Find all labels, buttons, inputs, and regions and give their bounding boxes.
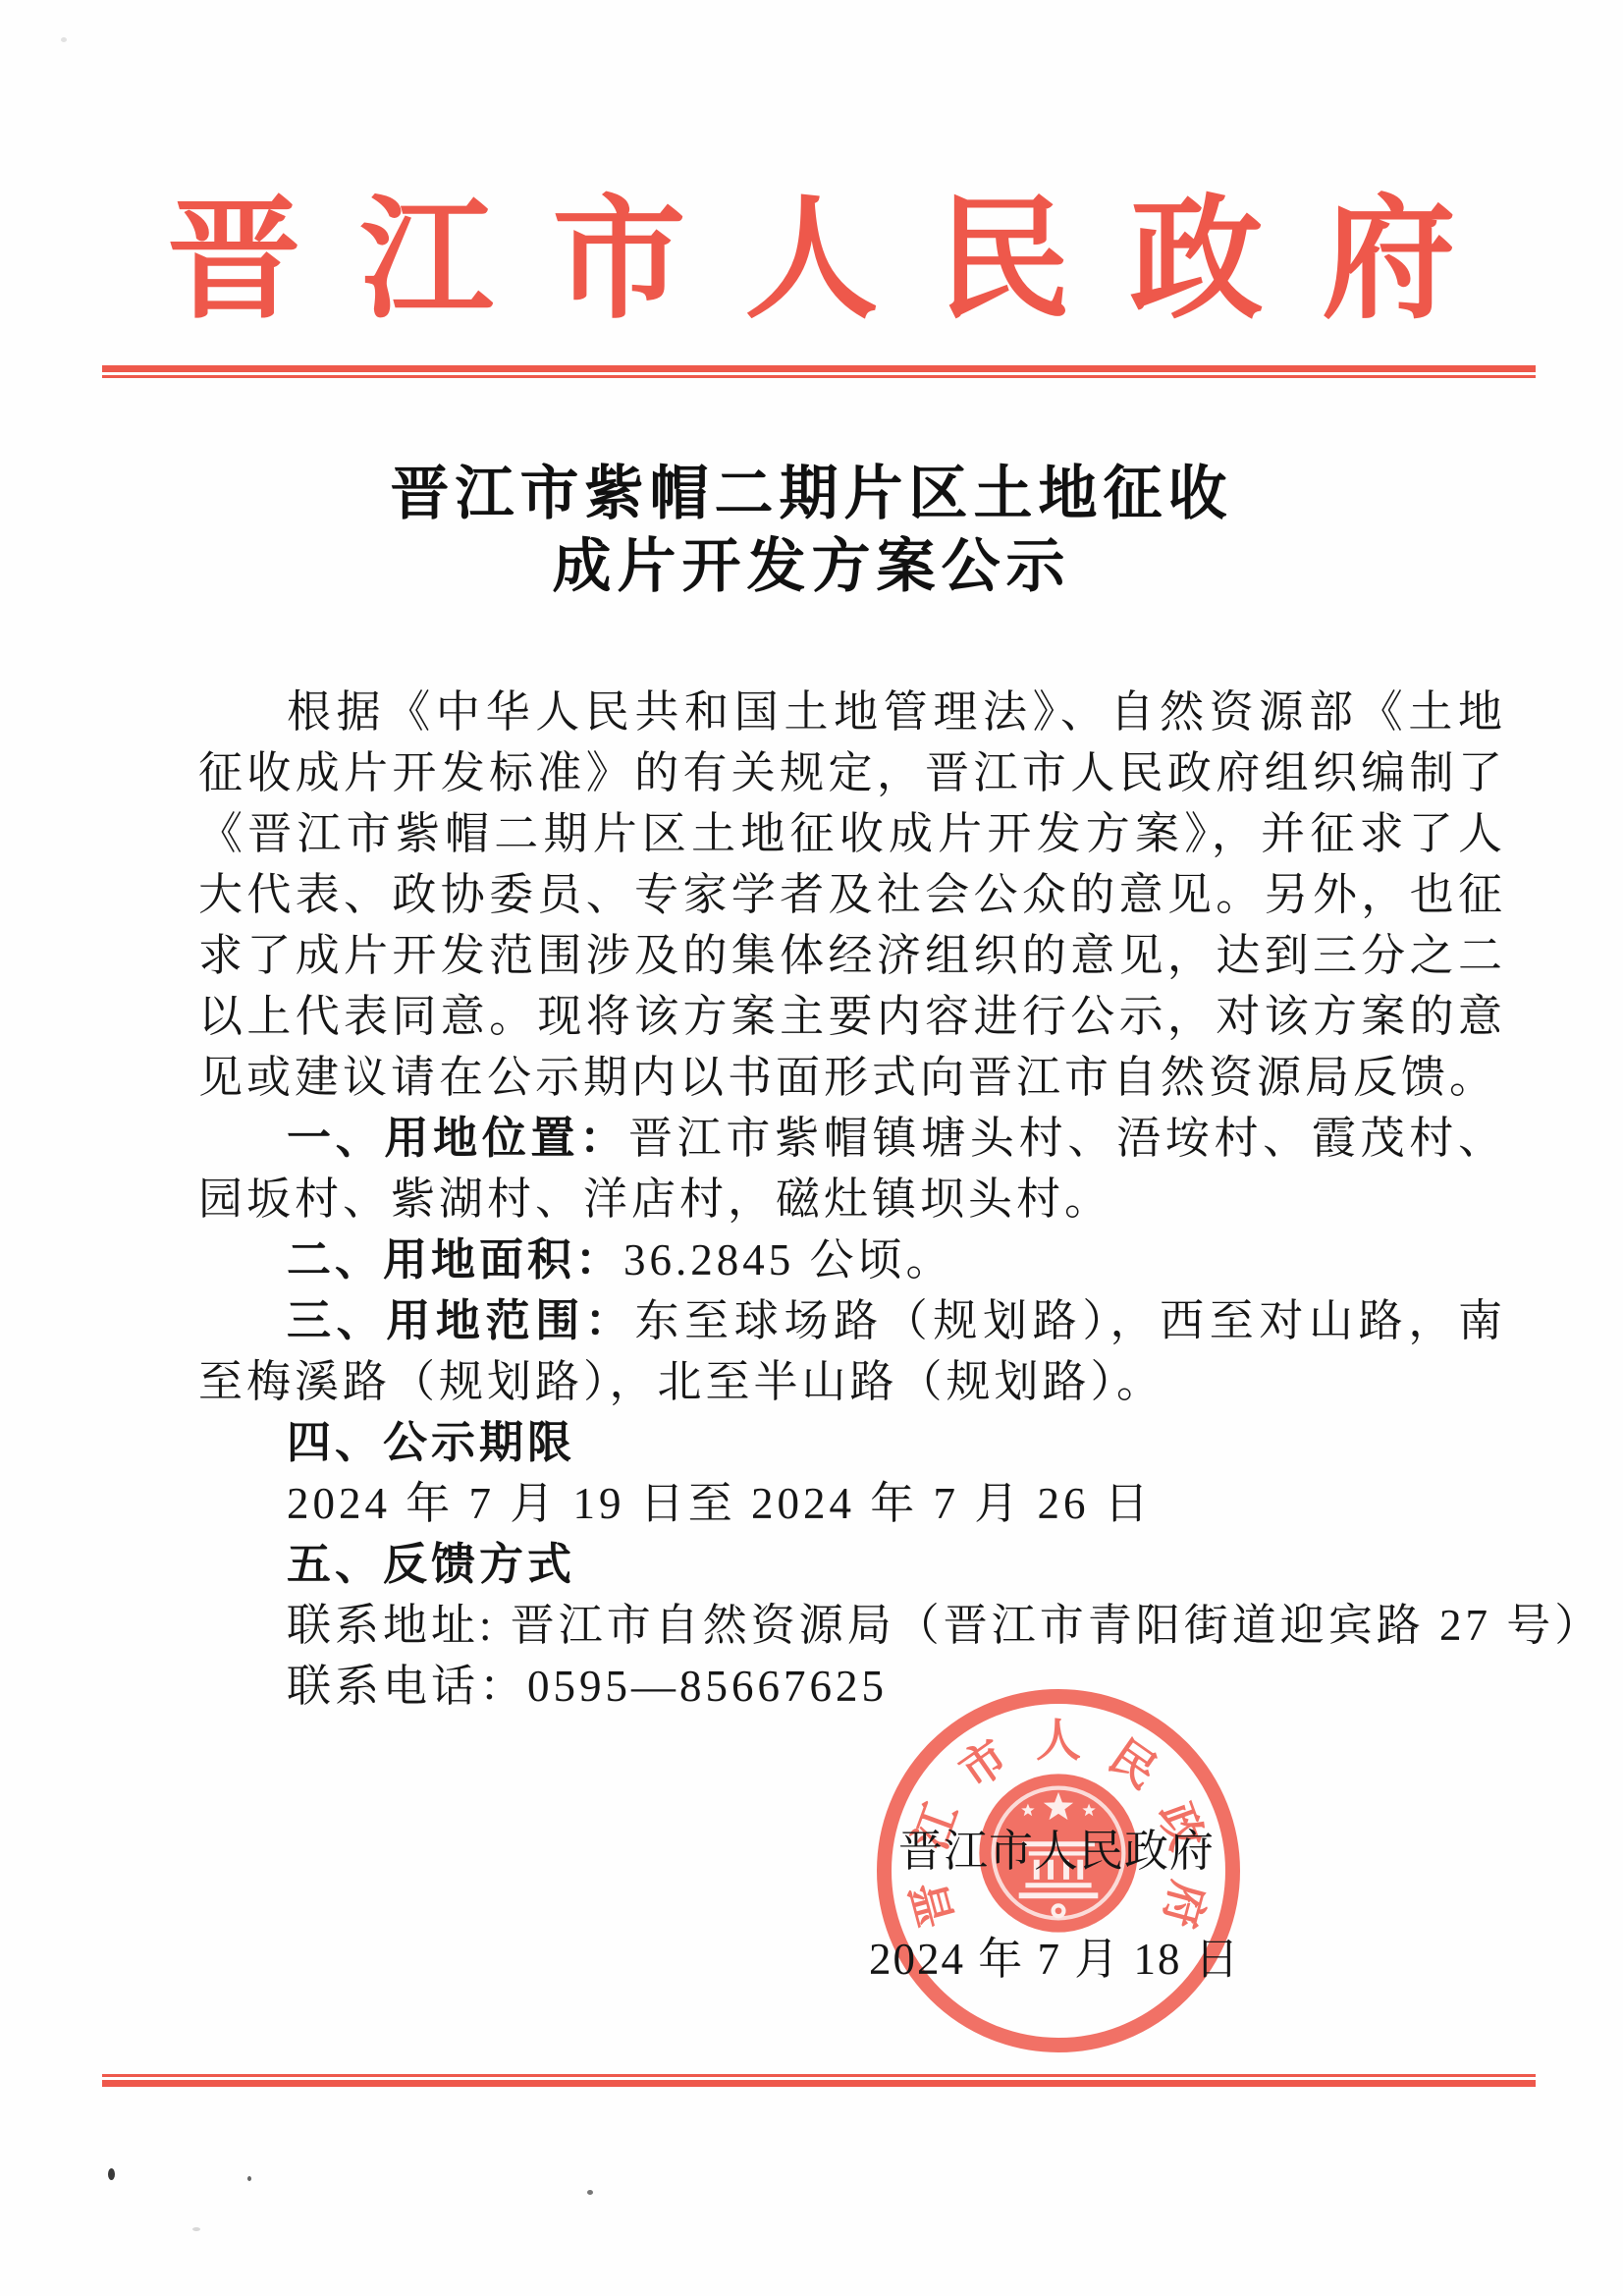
- item1-label: 一、用地位置：: [287, 1113, 628, 1163]
- letterhead-divider-rule: [102, 365, 1536, 378]
- item2-label: 二、用地面积：: [287, 1234, 623, 1285]
- official-notice-page: 晋江市人民政府 晋江市紫帽二期片区土地征收 成片开发方案公示 根据《中华人民共和…: [0, 0, 1623, 2296]
- item-land-location: 一、用地位置：晋江市紫帽镇塘头村、浯垵村、霞茂村、园坂村、紫湖村、洋店村，磁灶镇…: [198, 1108, 1506, 1230]
- scan-speck: [61, 37, 67, 42]
- signature-date: 2024 年 7 月 18 日: [869, 1923, 1241, 1987]
- scan-speck: [108, 2168, 115, 2180]
- signature-issuer: 晋江市人民政府: [898, 1815, 1215, 1879]
- contact-phone: 联系电话：0595—85667625: [198, 1656, 1506, 1717]
- document-title-line2: 成片开发方案公示: [0, 530, 1623, 603]
- scan-speck: [247, 2176, 251, 2181]
- item3-label: 三、用地范围：: [287, 1295, 635, 1345]
- footer-divider-rule: [102, 2074, 1536, 2087]
- item-land-area: 二、用地面积：36.2845 公顷。: [198, 1230, 1506, 1290]
- notice-body: 根据《中华人民共和国土地管理法》、自然资源部《土地征收成片开发标准》的有关规定，…: [198, 682, 1506, 1717]
- rule-thick-line: [102, 365, 1536, 372]
- contact-address: 联系地址: 晋江市自然资源局（晋江市青阳街道迎宾路 27 号）: [198, 1595, 1506, 1656]
- item2-text: 36.2845 公顷。: [623, 1235, 954, 1285]
- item-land-scope: 三、用地范围：东至球场路（规划路），西至对山路，南至梅溪路（规划路），北至半山路…: [198, 1290, 1506, 1412]
- rule-thin-line: [102, 375, 1536, 378]
- intro-paragraph: 根据《中华人民共和国土地管理法》、自然资源部《土地征收成片开发标准》的有关规定，…: [198, 682, 1506, 1108]
- document-title: 晋江市紫帽二期片区土地征收 成片开发方案公示: [0, 458, 1623, 603]
- document-title-line1: 晋江市紫帽二期片区土地征收: [0, 458, 1623, 530]
- seal-ring-char: 人: [1036, 1705, 1081, 1770]
- publicity-period-dates: 2024 年 7 月 19 日至 2024 年 7 月 26 日: [198, 1473, 1506, 1534]
- item-feedback-method-heading: 五、反馈方式: [198, 1534, 1506, 1595]
- rule-thick-line: [102, 2080, 1536, 2087]
- scan-speck: [587, 2190, 593, 2195]
- item5-label: 五、反馈方式: [287, 1539, 575, 1589]
- item-publicity-period-heading: 四、公示期限: [198, 1412, 1506, 1473]
- item4-label: 四、公示期限: [287, 1417, 575, 1467]
- scan-speck: [192, 2227, 200, 2231]
- letterhead-government-name: 晋江市人民政府: [0, 189, 1623, 336]
